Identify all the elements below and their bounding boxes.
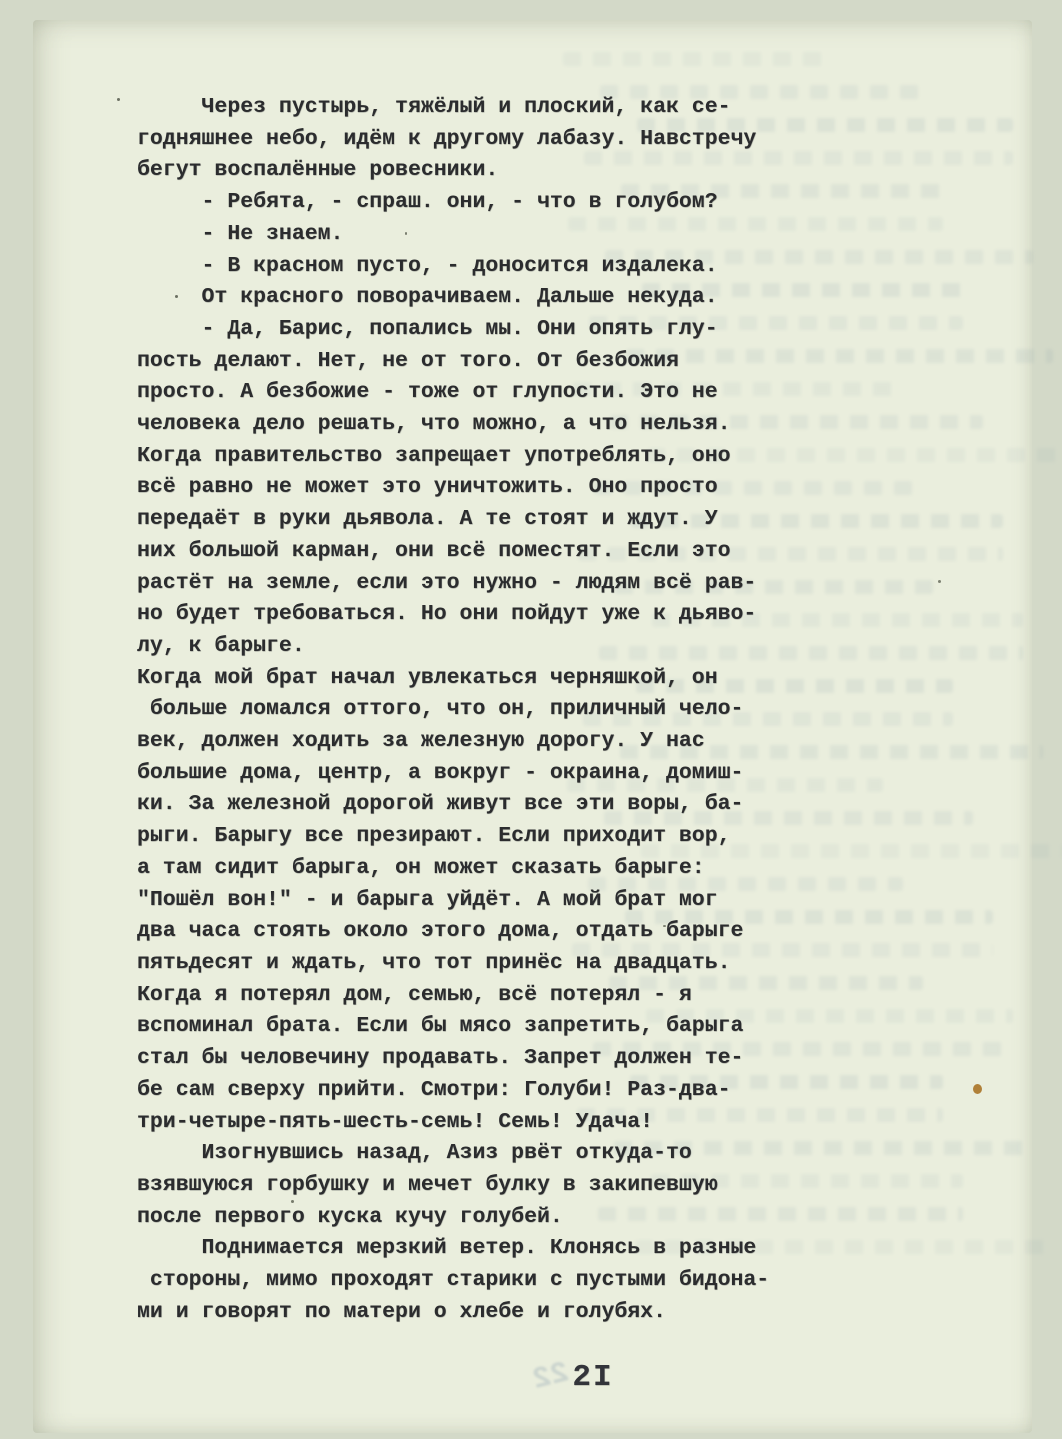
text-line: ми и говорят по матери о хлебе и голубях…: [137, 1297, 817, 1329]
text-line: ки. За железной дорогой живут все эти во…: [137, 789, 817, 821]
text-line: - Да, Барис, попались мы. Они опять глу-: [137, 314, 817, 346]
text-line: стал бы человечину продавать. Запрет дол…: [137, 1043, 817, 1075]
text-line: Через пустырь, тяжёлый и плоский, как се…: [137, 92, 817, 124]
text-line: пятьдесят и ждать, что тот принёс на два…: [137, 948, 817, 980]
text-line: Изогнувшись назад, Азиз рвёт откуда-то: [137, 1138, 817, 1170]
scanned-page: 22 Через пустырь, тяжёлый и плоский, как…: [0, 0, 1062, 1439]
text-line: взявшуюся горбушку и мечет булку в закип…: [137, 1170, 817, 1202]
text-line: человека дело решать, что можно, а что н…: [137, 409, 817, 441]
text-line: - В красном пусто, - доносится издалека.: [137, 251, 817, 283]
text-line: большие дома, центр, а вокруг - окраина,…: [137, 758, 817, 790]
text-line: бе сам сверху прийти. Смотри: Голуби! Ра…: [137, 1075, 817, 1107]
text-line: передаёт в руки дьявола. А те стоят и жд…: [137, 504, 817, 536]
text-line: Когда мой брат начал увлекаться черняшко…: [137, 663, 817, 695]
text-line: а там сидит барыга, он может сказать бар…: [137, 853, 817, 885]
text-line: - Ребята, - спраш. они, - что в голубом?: [137, 187, 817, 219]
paper-sheet: 22 Через пустырь, тяжёлый и плоский, как…: [33, 20, 1032, 1433]
text-line: бегут воспалённые ровесники.: [137, 155, 817, 187]
text-line: Поднимается мерзкий ветер. Клонясь в раз…: [137, 1233, 817, 1265]
text-line: Когда я потерял дом, семью, всё потерял …: [137, 980, 817, 1012]
speck: [938, 580, 941, 583]
text-line: растёт на земле, если это нужно - людям …: [137, 568, 817, 600]
text-line: лу, к барыге.: [137, 631, 817, 663]
page-number: 2I: [493, 1360, 693, 1395]
text-line: вспоминал брата. Если бы мясо запретить,…: [137, 1011, 817, 1043]
text-line: Когда правительство запрещает употреблят…: [137, 441, 817, 473]
text-lines: Через пустырь, тяжёлый и плоский, как се…: [137, 92, 817, 1328]
text-line: всё равно не может это уничтожить. Оно п…: [137, 472, 817, 504]
text-line: стороны, мимо проходят старики с пустыми…: [137, 1265, 817, 1297]
speck: [117, 98, 120, 101]
text-line: - Не знаем.: [137, 219, 817, 251]
text-line: век, должен ходить за железную дорогу. У…: [137, 726, 817, 758]
text-line: три-четыре-пять-шесть-семь! Семь! Удача!: [137, 1107, 817, 1139]
text-line: "Пошёл вон!" - и барыга уйдёт. А мой бра…: [137, 885, 817, 917]
text-line: них большой карман, они всё поместят. Ес…: [137, 536, 817, 568]
text-line: пость делают. Нет, не от того. От безбож…: [137, 346, 817, 378]
text-line: после первого куска кучу голубей.: [137, 1202, 817, 1234]
text-line: больше ломался оттого, что он, приличный…: [137, 694, 817, 726]
text-line: два часа стоять около этого дома, отдать…: [137, 916, 817, 948]
show-through-line: [563, 52, 833, 66]
text-line: От красного поворачиваем. Дальше некуда.: [137, 282, 817, 314]
speck: [973, 1084, 982, 1094]
text-line: но будет требоваться. Но они пойдут уже …: [137, 599, 817, 631]
text-line: годняшнее небо, идём к другому лабазу. Н…: [137, 124, 817, 156]
text-line: рыги. Барыгу все презирают. Если приходи…: [137, 821, 817, 853]
text-line: просто. А безбожие - тоже от глупости. Э…: [137, 377, 817, 409]
